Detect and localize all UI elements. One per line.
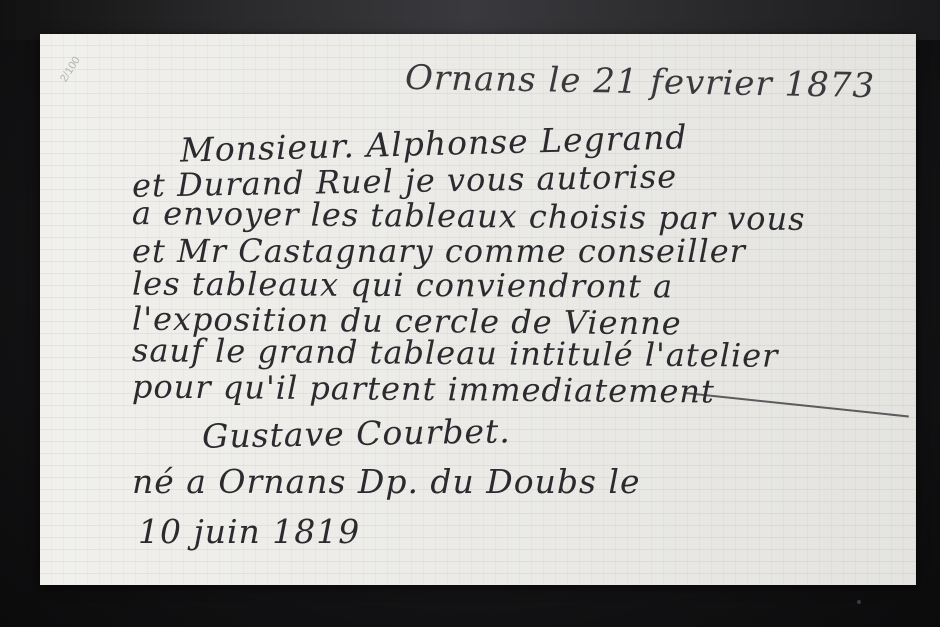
underline-stroke xyxy=(685,392,909,418)
signature: Gustave Courbet. xyxy=(202,411,511,455)
letter-dateline: Ornans le 21 fevrier 1873 xyxy=(405,58,876,106)
birth-line-1: né a Ornans Dp. du Doubs le xyxy=(132,462,641,501)
pencil-annotation: 2/100 xyxy=(58,55,83,85)
birth-line-2: 10 juin 1819 xyxy=(138,512,360,551)
letter-paper: 2/100 Ornans le 21 fevrier 1873 Monsieur… xyxy=(40,34,916,585)
dust-speck xyxy=(857,600,861,604)
letter-line-5: les tableaux qui conviendront a xyxy=(132,265,673,306)
letter-line-8: pour qu'il partent immediatement xyxy=(132,367,715,410)
